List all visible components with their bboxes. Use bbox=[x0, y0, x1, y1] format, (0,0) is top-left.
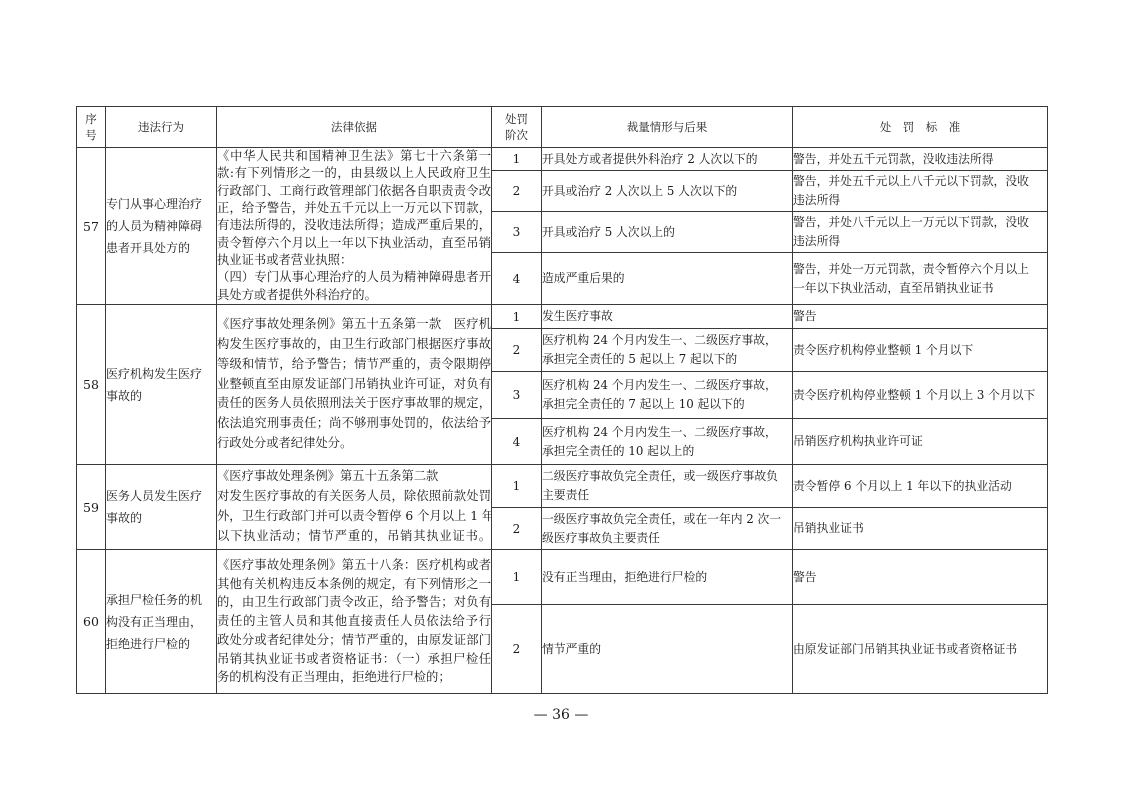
legal-basis-line: 等级和情节，给予警告；情节严重的，责令限期停 bbox=[217, 355, 491, 375]
legal-basis-line: 《中华人民共和国精神卫生法》第七十六条第一 bbox=[217, 148, 491, 165]
seq-cell: 57 bbox=[77, 148, 106, 305]
legal-basis-line: 正，给予警告，并处五千元以上一万元以下罚款， bbox=[217, 200, 491, 217]
phase-cell: 1 bbox=[492, 465, 542, 508]
legal-basis-line: 责任的医务人员依照刑法关于医疗事故罪的规定， bbox=[217, 394, 491, 414]
header-seq: 序 号 bbox=[77, 107, 106, 148]
header-violation: 违法行为 bbox=[106, 107, 217, 148]
phase-cell: 3 bbox=[492, 372, 542, 419]
legal-basis-cell: 《医疗事故处理条例》第五十八条：医疗机构或者 其他有关机构违反本条例的规定，有下… bbox=[217, 550, 492, 694]
header-row: 序 号 违法行为 法律依据 处罚 阶次 裁量情形与后果 处 罚 标 准 bbox=[77, 107, 1048, 148]
seq-cell: 60 bbox=[77, 550, 106, 694]
circumstance-cell: 开具或治疗 5 人次以上的 bbox=[542, 212, 793, 253]
legal-basis-line: 政处分或者纪律处分；情节严重的，由原发证部门 bbox=[217, 631, 491, 650]
legal-basis-line: 对发生医疗事故的有关医务人员，除依照前款处罚 bbox=[217, 487, 491, 507]
violation-cell: 专门从事心理治疗 的人员为精神障碍 患者开具处方的 bbox=[106, 148, 217, 305]
legal-basis-line: 责令暂停六个月以上一年以下执业活动，直至吊销 bbox=[217, 235, 491, 252]
legal-basis-line: 责任的主管人员和其他直接责任人员依法给予行 bbox=[217, 612, 491, 631]
standard-cell: 警告，并处一万元罚款，责令暂停六个月以上 一年以下执业活动，直至吊销执业证书 bbox=[793, 253, 1048, 305]
table-row: 60 承担尸检任务的机 构没有正当理由， 拒绝进行尸检的 《医疗事故处理条例》第… bbox=[77, 550, 1048, 605]
phase-cell: 3 bbox=[492, 212, 542, 253]
legal-basis-line: 外，卫生行政部门并可以责令暂停 6 个月以上 1 年 bbox=[217, 507, 491, 527]
table-row: 59 医务人员发生医疗 事故的 《医疗事故处理条例》第五十五条第二款 对发生医疗… bbox=[77, 465, 1048, 508]
legal-basis-line: 其他有关机构违反本条例的规定，有下列情形之一 bbox=[217, 575, 491, 594]
header-circumstances: 裁量情形与后果 bbox=[542, 107, 793, 148]
header-phase: 处罚 阶次 bbox=[492, 107, 542, 148]
legal-basis-line: 以下执业活动；情节严重的，吊销其执业证书。 bbox=[217, 527, 491, 547]
table-row: 58 医疗机构发生医疗 事故的 《医疗事故处理条例》第五十五条第一款 医疗机 构… bbox=[77, 305, 1048, 329]
legal-basis-cell: 《中华人民共和国精神卫生法》第七十六条第一 款:有下列情形之一的，由县级以上人民… bbox=[217, 148, 492, 305]
legal-basis-cell: 《医疗事故处理条例》第五十五条第一款 医疗机 构发生医疗事故的，由卫生行政部门根… bbox=[217, 305, 492, 465]
legal-basis-line: 执业证书或者营业执照： bbox=[217, 252, 491, 269]
legal-basis-line: 行政部门、工商行政管理部门依据各自职责责令改 bbox=[217, 183, 491, 200]
seq-cell: 58 bbox=[77, 305, 106, 465]
circumstance-cell: 医疗机构 24 个月内发生一、二级医疗事故， 承担完全责任的 10 起以上的 bbox=[542, 419, 793, 465]
violation-cell: 承担尸检任务的机 构没有正当理由， 拒绝进行尸检的 bbox=[106, 550, 217, 694]
seq-cell: 59 bbox=[77, 465, 106, 550]
violation-cell: 医疗机构发生医疗 事故的 bbox=[106, 305, 217, 465]
phase-cell: 2 bbox=[492, 329, 542, 372]
circumstance-cell: 情节严重的 bbox=[542, 605, 793, 694]
phase-cell: 2 bbox=[492, 171, 542, 212]
circumstance-cell: 开具处方或者提供外科治疗 2 人次以下的 bbox=[542, 148, 793, 171]
violation-cell: 医务人员发生医疗 事故的 bbox=[106, 465, 217, 550]
standard-cell: 警告，并处八千元以上一万元以下罚款，没收 违法所得 bbox=[793, 212, 1048, 253]
circumstance-cell: 一级医疗事故负完全责任，或在一年内 2 次一 级医疗事故负主要责任 bbox=[542, 508, 793, 550]
standard-cell: 责令医疗机构停业整顿 1 个月以上 3 个月以下 bbox=[793, 372, 1048, 419]
legal-basis-line: 务的机构没有正当理由，拒绝进行尸检的； bbox=[217, 668, 491, 687]
legal-basis-line: 《医疗事故处理条例》第五十五条第二款 bbox=[217, 467, 491, 487]
page-number: — 36 — bbox=[0, 707, 1122, 723]
legal-basis-cell: 《医疗事故处理条例》第五十五条第二款 对发生医疗事故的有关医务人员，除依照前款处… bbox=[217, 465, 492, 550]
standard-cell: 吊销执业证书 bbox=[793, 508, 1048, 550]
legal-basis-line: 具处方或者提供外科治疗的。 bbox=[217, 287, 491, 304]
legal-basis-line: 《医疗事故处理条例》第五十五条第一款 医疗机 bbox=[217, 315, 491, 335]
legal-basis-line: 依法追究刑事责任；尚不够刑事处罚的，依法给予 bbox=[217, 414, 491, 434]
circumstance-cell: 二级医疗事故负完全责任，或一级医疗事故负 主要责任 bbox=[542, 465, 793, 508]
phase-cell: 4 bbox=[492, 253, 542, 305]
standard-cell: 责令暂停 6 个月以上 1 年以下的执业活动 bbox=[793, 465, 1048, 508]
circumstance-cell: 发生医疗事故 bbox=[542, 305, 793, 329]
circumstance-cell: 医疗机构 24 个月内发生一、二级医疗事故， 承担完全责任的 7 起以上 10 … bbox=[542, 372, 793, 419]
phase-cell: 1 bbox=[492, 550, 542, 605]
legal-basis-line: （四）专门从事心理治疗的人员为精神障碍患者开 bbox=[217, 269, 491, 286]
phase-cell: 2 bbox=[492, 508, 542, 550]
phase-cell: 1 bbox=[492, 305, 542, 329]
legal-basis-line: 行政处分或者纪律处分。 bbox=[217, 434, 491, 454]
standard-cell: 吊销医疗机构执业许可证 bbox=[793, 419, 1048, 465]
circumstance-cell: 医疗机构 24 个月内发生一、二级医疗事故， 承担完全责任的 5 起以上 7 起… bbox=[542, 329, 793, 372]
phase-cell: 2 bbox=[492, 605, 542, 694]
legal-basis-line: 《医疗事故处理条例》第五十八条：医疗机构或者 bbox=[217, 556, 491, 575]
phase-cell: 1 bbox=[492, 148, 542, 171]
standard-cell: 警告 bbox=[793, 305, 1048, 329]
standard-cell: 由原发证部门吊销其执业证书或者资格证书 bbox=[793, 605, 1048, 694]
phase-cell: 4 bbox=[492, 419, 542, 465]
standard-cell: 警告，并处五千元罚款，没收违法所得 bbox=[793, 148, 1048, 171]
legal-basis-line: 的，由卫生行政部门责令改正，给予警告；对负有 bbox=[217, 593, 491, 612]
standard-cell: 警告 bbox=[793, 550, 1048, 605]
standard-cell: 警告，并处五千元以上八千元以下罚款，没收 违法所得 bbox=[793, 171, 1048, 212]
circumstance-cell: 开具或治疗 2 人次以上 5 人次以下的 bbox=[542, 171, 793, 212]
circumstance-cell: 造成严重后果的 bbox=[542, 253, 793, 305]
standard-cell: 责令医疗机构停业整顿 1 个月以下 bbox=[793, 329, 1048, 372]
legal-basis-line: 款:有下列情形之一的，由县级以上人民政府卫生 bbox=[217, 165, 491, 182]
header-legal-basis: 法律依据 bbox=[217, 107, 492, 148]
legal-basis-line: 构发生医疗事故的，由卫生行政部门根据医疗事故 bbox=[217, 335, 491, 355]
legal-basis-line: 有违法所得的，没收违法所得；造成严重后果的， bbox=[217, 217, 491, 234]
table-row: 57 专门从事心理治疗 的人员为精神障碍 患者开具处方的 《中华人民共和国精神卫… bbox=[77, 148, 1048, 171]
circumstance-cell: 没有正当理由，拒绝进行尸检的 bbox=[542, 550, 793, 605]
header-standard: 处 罚 标 准 bbox=[793, 107, 1048, 148]
penalty-standard-table: 序 号 违法行为 法律依据 处罚 阶次 裁量情形与后果 处 罚 标 准 57 专… bbox=[76, 106, 1048, 694]
legal-basis-line: 业整顿直至由原发证部门吊销执业许可证，对负有 bbox=[217, 375, 491, 395]
legal-basis-line: 吊销其执业证书或者资格证书：（一）承担尸检任 bbox=[217, 650, 491, 669]
